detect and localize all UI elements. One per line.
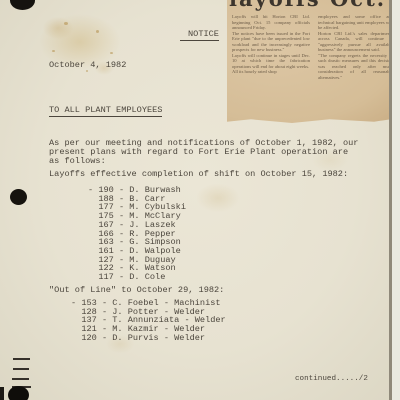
stain-speck [86,70,88,72]
clipping-headline-text: layoffs Oct. 15 [229,0,395,9]
section2-heading: "Out of Line" to October 29, 1982: [49,286,224,295]
stain-speck [96,30,99,33]
hole-punch-top-mark [10,0,35,10]
clipping-headline-cropped: layoffs Oct. 15 [229,0,395,11]
binding-dash-mark [13,358,30,360]
continued-note: continued...../2 [295,375,368,384]
notice-heading: NOTICE [180,30,219,39]
letter-date: October 4, 1982 [49,61,126,70]
newspaper-clipping: layoffs Oct. 15 Layoffs will hit Horton … [227,0,398,123]
stain-speck [52,50,55,52]
notice-label: NOTICE [180,29,219,41]
binding-dash-mark [13,368,29,370]
salutation-text: TO ALL PLANT EMPLOYEES [49,105,162,117]
clipping-column-right: employees and some office and technical … [318,14,393,80]
stain-speck [110,52,113,54]
intro-paragraph: As per our meeting and notifications of … [49,139,369,166]
stain-speck [64,22,68,25]
hole-punch-bottom-mark [8,386,29,400]
layoff-list-october15: - 190 - D. Burwash 188 - B. Carr 177 - M… [88,186,186,282]
hole-punch-left-mark [10,189,27,205]
section1-heading: Layoffs effective completion of shift on… [49,170,348,179]
corner-shadow-mark [0,387,4,400]
binding-dash-mark [12,378,29,380]
layoff-list-out-of-line: - 153 - C. Foebel - Machinist 128 - J. P… [71,299,226,343]
scanned-letter-page: layoffs Oct. 15 Layoffs will hit Horton … [0,0,400,400]
salutation-line: TO ALL PLANT EMPLOYEES [49,106,162,115]
page-edge-strip [392,0,400,400]
clipping-column-left: Layoffs will hit Horton CBI Ltd. beginni… [232,14,310,75]
